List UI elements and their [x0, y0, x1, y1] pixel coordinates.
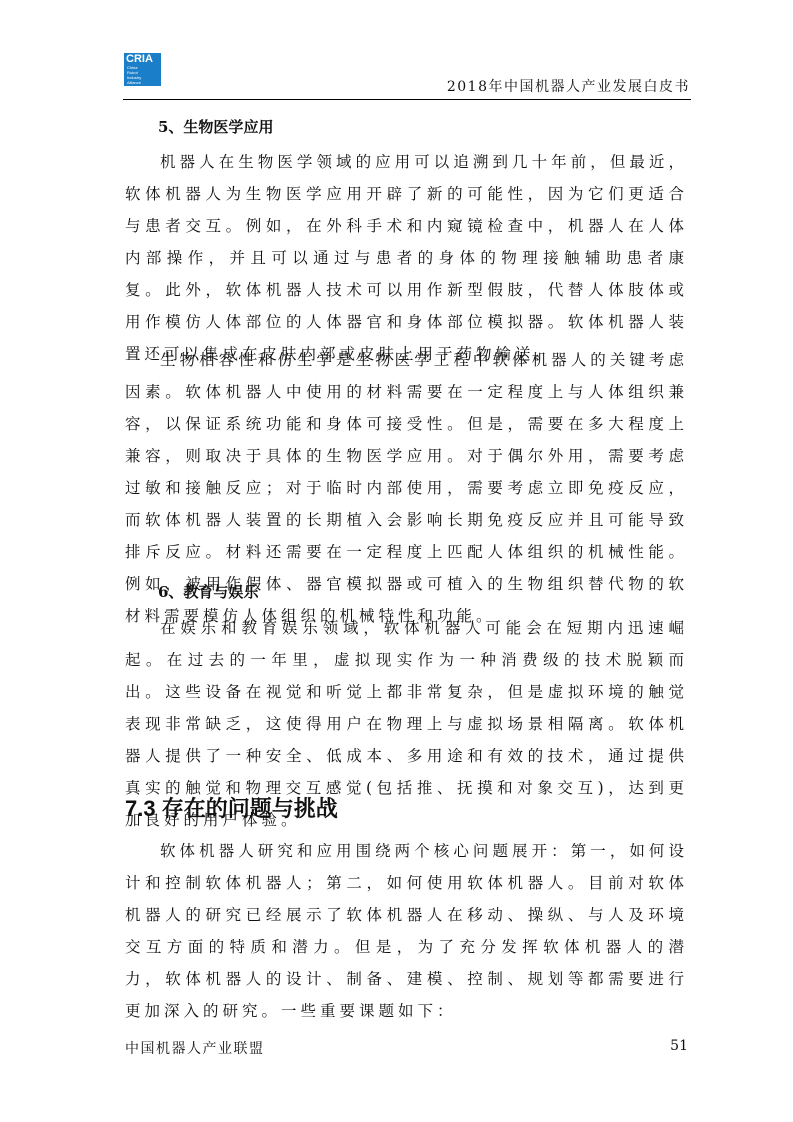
- running-header-title: 2018年中国机器人产业发展白皮书: [447, 78, 690, 96]
- paragraph: 机器人在生物医学领域的应用可以追溯到几十年前，但最近，软体机器人为生物医学应用开…: [125, 146, 688, 370]
- paragraph: 软体机器人研究和应用围绕两个核心问题展开：第一，如何设计和控制软体机器人；第二，…: [125, 835, 688, 1027]
- section-heading-biomedical: 5、生物医学应用: [158, 117, 273, 137]
- cria-logo: CRIA China Robot Industry Alliance: [124, 53, 161, 86]
- footer-organization: 中国机器人产业联盟: [125, 1038, 265, 1058]
- logo-acronym: CRIA: [126, 53, 153, 65]
- page-number: 51: [670, 1038, 688, 1054]
- chapter-heading: 7.3 存在的问题与挑战: [125, 795, 338, 823]
- header-divider: [123, 99, 691, 100]
- section-heading-education-entertainment: 6、教育与娱乐: [158, 582, 258, 602]
- logo-line: Alliance: [127, 80, 141, 85]
- logo-subtitle: China Robot Industry Alliance: [127, 65, 141, 85]
